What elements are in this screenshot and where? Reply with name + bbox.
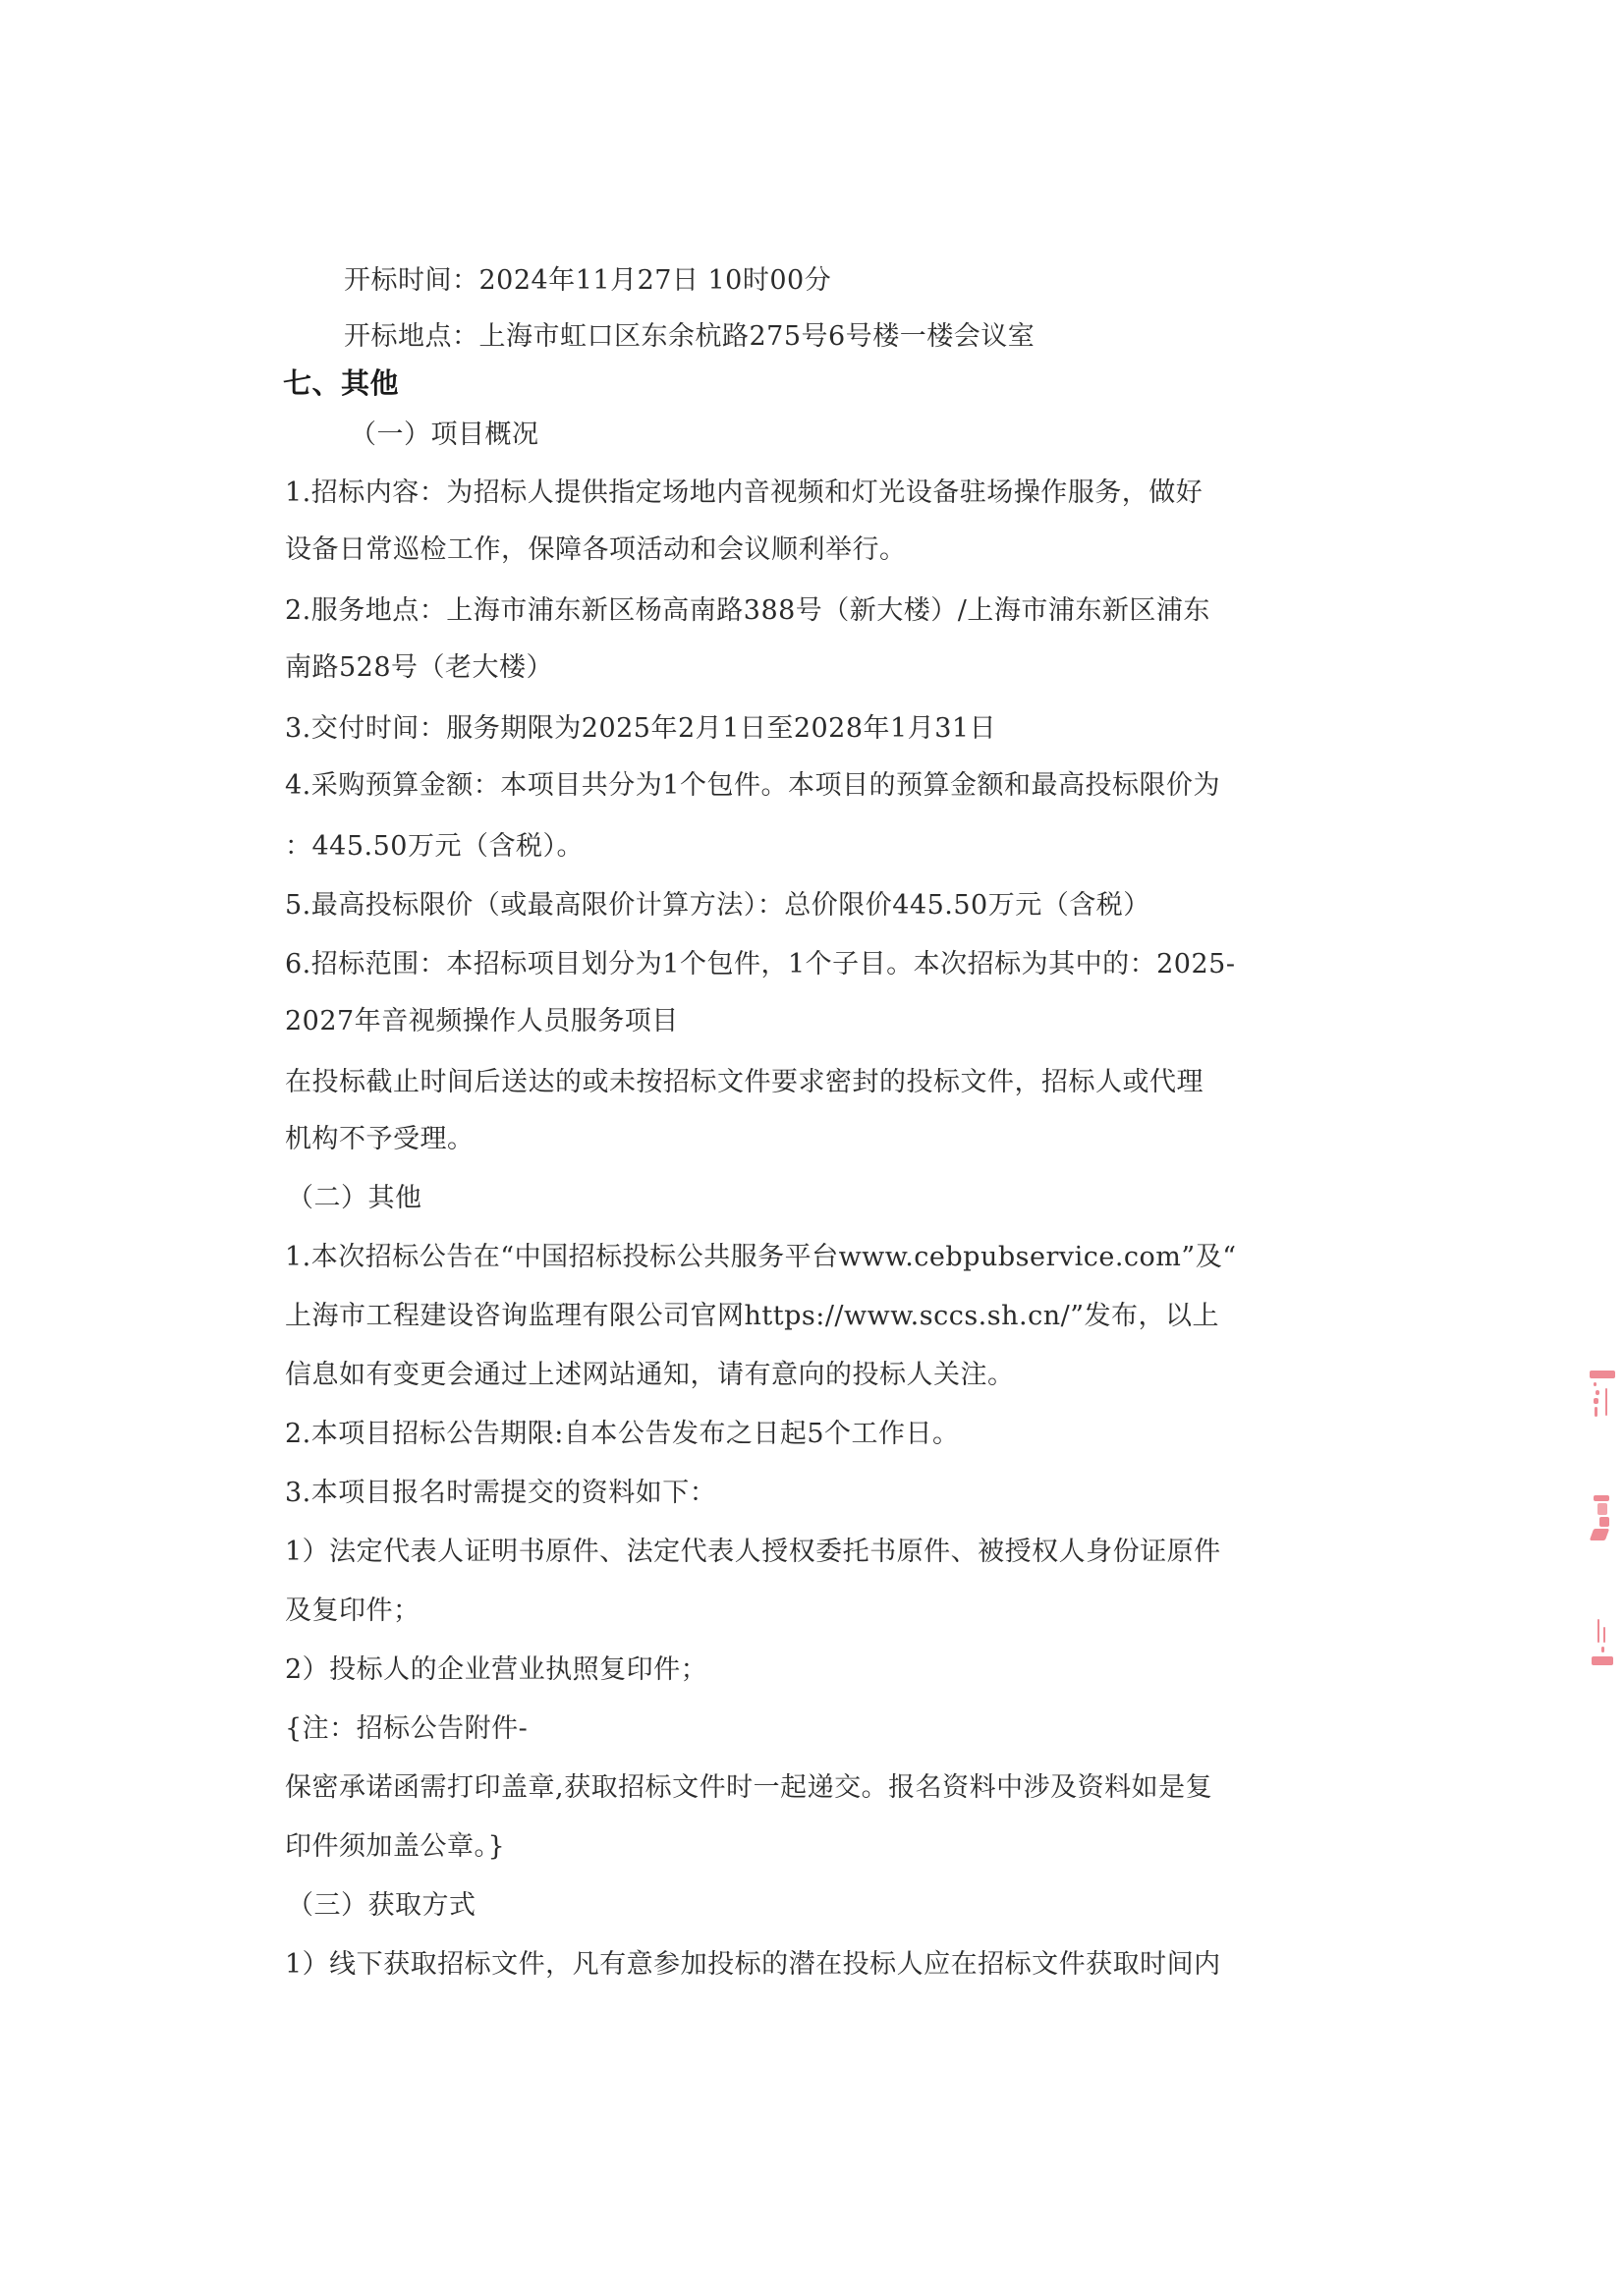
paragraph-line: {注：招标公告附件-: [285, 1709, 1326, 1749]
paragraph-line: 1）线下获取招标文件，凡有意参加投标的潜在投标人应在招标文件获取时间内: [285, 1945, 1326, 1985]
paragraph-line: 3.本项目报名时需提交的资料如下：: [285, 1474, 1326, 1513]
subsection-heading-acquisition-method: （三）获取方式: [287, 1886, 1328, 1926]
section-heading-other: 七、其他: [283, 364, 1324, 403]
paragraph-line: 4.采购预算金额：本项目共分为1个包件。本项目的预算金额和最高投标限价为: [285, 766, 1326, 806]
paragraph-line: 3.交付时间：服务期限为2025年2月1日至2028年1月31日: [285, 709, 1326, 749]
paragraph-line: 2.本项目招标公告期限:自本公告发布之日起5个工作日。: [285, 1415, 1326, 1454]
paragraph-line: 2.服务地点：上海市浦东新区杨高南路388号（新大楼）/上海市浦东新区浦东: [285, 591, 1326, 631]
subsection-heading-project-overview: （一）项目概况: [350, 416, 1391, 455]
paragraph-line: 设备日常巡检工作，保障各项活动和会议顺利举行。: [285, 531, 1326, 570]
paragraph-line: 保密承诺函需打印盖章,获取招标文件时一起递交。报名资料中涉及资料如是复: [285, 1768, 1326, 1808]
subsection-heading-other: （二）其他: [287, 1179, 1328, 1218]
paragraph-line: 上海市工程建设咨询监理有限公司官网https://www.sccs.sh.cn/…: [285, 1297, 1326, 1336]
bid-opening-location: 开标地点：上海市虹口区东余杭路275号6号楼一楼会议室: [344, 317, 1385, 357]
paragraph-line: 1.本次招标公告在“中国招标投标公共服务平台www.cebpubservice.…: [285, 1238, 1326, 1277]
paragraph-line: 机构不予受理。: [285, 1120, 1326, 1159]
paragraph-line: 6.招标范围：本招标项目划分为1个包件，1个子目。本次招标为其中的：2025-: [285, 945, 1326, 984]
paragraph-line: 1.招标内容：为招标人提供指定场地内音视频和灯光设备驻场操作服务，做好: [285, 474, 1326, 513]
paragraph-line: 印件须加盖公章。}: [285, 1827, 1326, 1867]
paragraph-line: ：445.50万元（含税）。: [285, 827, 1326, 867]
paragraph-line: 1）法定代表人证明书原件、法定代表人授权委托书原件、被授权人身份证原件: [285, 1533, 1326, 1572]
bid-opening-time: 开标时间：2024年11月27日 10时00分: [344, 261, 1385, 301]
paragraph-line: 南路528号（老大楼）: [285, 648, 1326, 688]
paragraph-line: 及复印件；: [285, 1592, 1326, 1631]
paragraph-line: 在投标截止时间后送达的或未按招标文件要求密封的投标文件，招标人或代理: [285, 1063, 1326, 1102]
paragraph-line: 信息如有变更会通过上述网站通知，请有意向的投标人关注。: [285, 1356, 1326, 1395]
paragraph-line: 2027年音视频操作人员服务项目: [285, 1002, 1326, 1041]
paragraph-line: 5.最高投标限价（或最高限价计算方法）：总价限价445.50万元（含税）: [285, 886, 1326, 925]
paragraph-line: 2）投标人的企业营业执照复印件；: [285, 1651, 1326, 1690]
document-page: 开标时间：2024年11月27日 10时00分 开标地点：上海市虹口区东余杭路2…: [0, 0, 1624, 2295]
